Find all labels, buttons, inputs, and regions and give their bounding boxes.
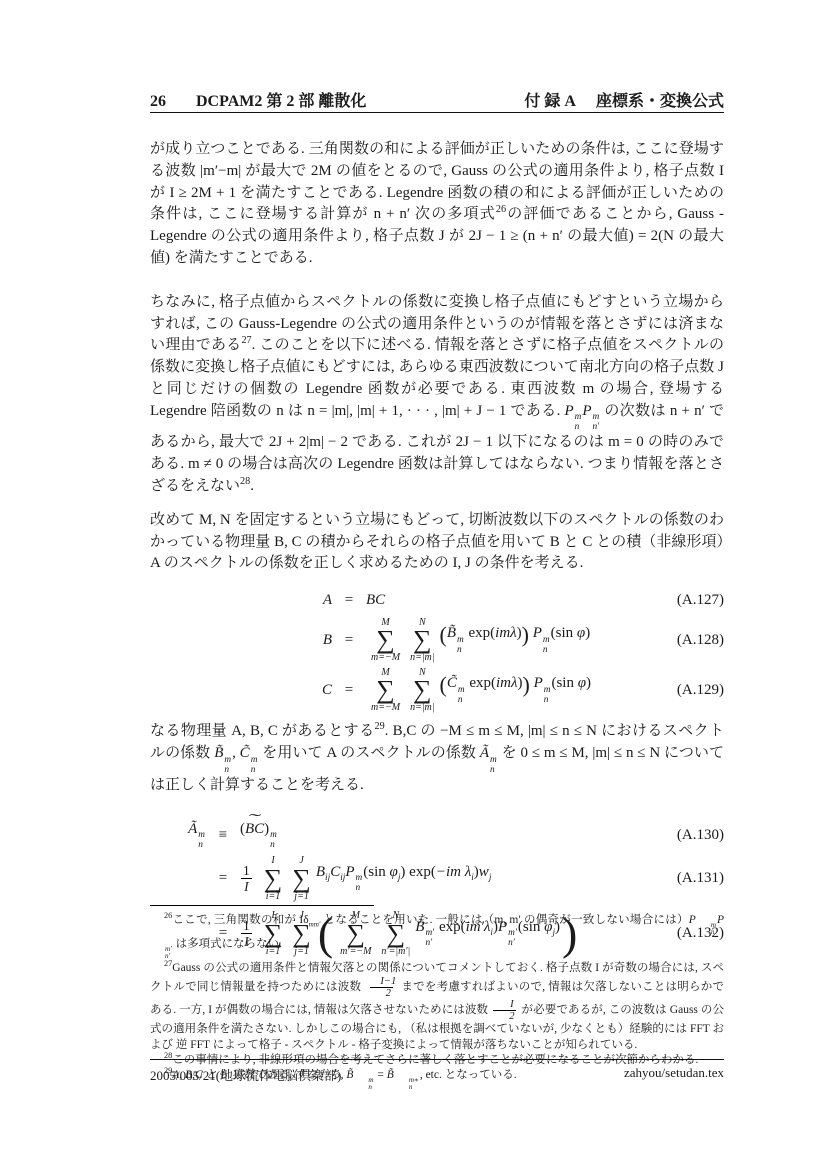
equation-A129: C = M∑m=−M N∑n=|m| (C̃mn exp(imλ)) Pmn(s… — [150, 665, 724, 715]
page-header: 26 DCPAM2 第 2 部 離散化 付 録 A 座標系・変換公式 — [150, 88, 724, 111]
sigma-symbol: ∑ — [376, 678, 395, 702]
equation-label-A131: (A.131) — [677, 870, 724, 887]
equation-label-A129: (A.129) — [677, 682, 724, 699]
equation-label-A128: (A.128) — [677, 632, 724, 649]
equation-label-A127: (A.127) — [677, 592, 724, 609]
footnote-ref-28: 28 — [240, 476, 250, 487]
header-right-title: 座標系・変換公式 — [596, 88, 724, 111]
document-page: 26 DCPAM2 第 2 部 離散化 付 録 A 座標系・変換公式 が成り立つ… — [0, 0, 826, 1169]
footnote-ref-29: 29 — [374, 721, 384, 732]
summation: J∑j=1 — [292, 855, 311, 902]
footer-filename: zahyou/setudan.tex — [624, 1065, 724, 1084]
fraction: I2 — [493, 999, 516, 1022]
paragraph-2: ちなみに, 格子点値からスペクトルの係数に変換し格子点値にもどすという立場からす… — [150, 292, 724, 498]
footnote-ref-27: 27 — [241, 335, 251, 346]
sigma-symbol: ∑ — [413, 678, 432, 702]
sigma-symbol: ∑ — [292, 867, 311, 891]
footnote-26: 26ここで, 三角関数の和が Iδmm′ となることを用いた. 一般には（m, … — [150, 913, 724, 961]
summation: N∑n=|m| — [410, 617, 434, 664]
footnote-ref-26: 26 — [496, 204, 506, 215]
paragraph-1: が成り立つことである. 三角関数の和による評価が正しいための条件は, ここに登場… — [150, 139, 724, 270]
math-B-tilde: B̃ — [214, 745, 223, 761]
header-left-title: DCPAM2 第 2 部 離散化 — [196, 88, 366, 111]
summation: I∑i=1 — [264, 855, 283, 902]
footnote-rule — [150, 905, 374, 906]
equation-A130: Ãmn ≡ (˜BC)mn (A.130) — [150, 819, 724, 853]
equation-A127: A = BC (A.127) — [150, 585, 724, 615]
page-number: 26 — [150, 93, 166, 111]
summation: N∑n=|m| — [410, 667, 434, 714]
sigma-symbol: ∑ — [413, 628, 432, 652]
fraction: 1I — [240, 863, 253, 895]
math-P1: P — [564, 403, 573, 419]
footnote-27: 27Gauss の公式の適用条件と情報欠落との関係についてコメントしておく. 格… — [150, 961, 724, 1053]
appendix-label: 付 録 A — [524, 88, 576, 111]
math-P2: P — [582, 403, 591, 419]
footer-rule — [150, 1059, 724, 1060]
equation-A131: = 1I I∑i=1 J∑j=1 BijCijPmn(sin φj) exp(−… — [150, 853, 724, 905]
summation: M∑m=−M — [371, 617, 400, 664]
header-rule — [150, 112, 724, 113]
equation-A128: B = M∑m=−M N∑n=|m| (B̃mn exp(imλ)) Pmn(s… — [150, 615, 724, 665]
sigma-symbol: ∑ — [264, 867, 283, 891]
fraction: I−12 — [366, 976, 396, 999]
paragraph-4: なる物理量 A, B, C があるとする29. B,C の −M ≤ m ≤ M… — [150, 721, 724, 796]
page-body: が成り立つことである. 三角関数の和による評価が正しいための条件は, ここに登場… — [150, 139, 724, 963]
header-right: 付 録 A 座標系・変換公式 — [524, 88, 724, 111]
equation-block-1: A = BC (A.127) B = M∑m=−M N∑n=|m| (B̃mn … — [150, 585, 724, 715]
wide-tilde-BC: ˜BC — [245, 821, 264, 838]
math-A-tilde: Ã — [480, 745, 489, 761]
sigma-symbol: ∑ — [376, 628, 395, 652]
summation: M∑m=−M — [371, 667, 400, 714]
footnotes-section: 26ここで, 三角関数の和が Iδmm′ となることを用いた. 一般には（m, … — [150, 905, 724, 1092]
footer-date-credit: 2005/005/21(地球流体電脳倶楽部) — [150, 1065, 341, 1084]
math-C-tilde: C̃ — [240, 745, 250, 761]
paragraph-3: 改めて M, N を固定するという立場にもどって, 切断波数以下のスペクトルの係… — [150, 510, 724, 575]
equation-label-A130: (A.130) — [677, 827, 724, 844]
page-footer: 2005/005/21(地球流体電脳倶楽部) zahyou/setudan.te… — [150, 1065, 724, 1084]
